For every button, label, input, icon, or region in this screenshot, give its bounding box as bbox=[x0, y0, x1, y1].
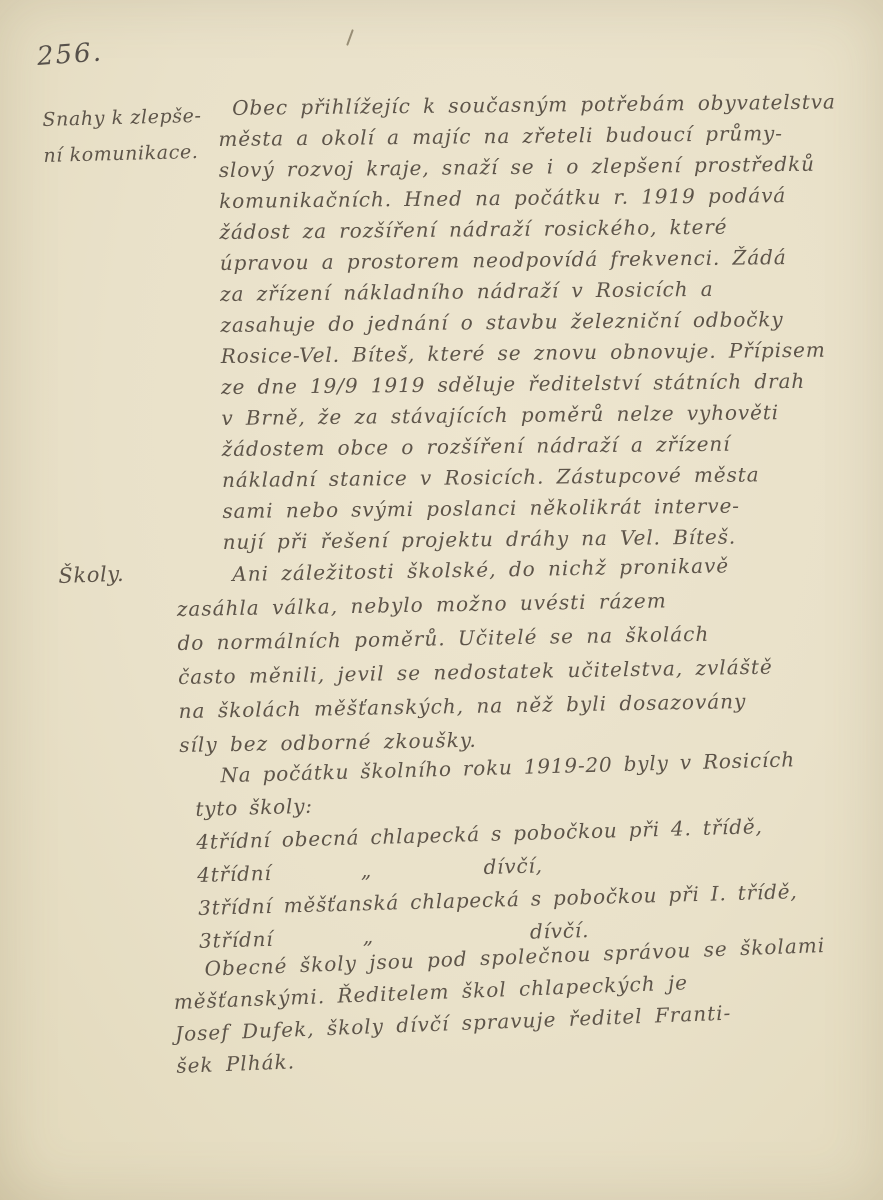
margin-note-schools: Školy. bbox=[58, 562, 125, 588]
paragraph-communication: Obec přihlížejíc k současným potřebám ob… bbox=[218, 87, 840, 558]
text-line: komunikačních. Hned na počátku r. 1919 p… bbox=[219, 180, 837, 217]
paragraph-schools-intro: Ani záležitosti školské, do nichž pronik… bbox=[176, 548, 774, 762]
page-number: 256. bbox=[36, 37, 104, 72]
manuscript-page: 256. Snahy k zlepše- ní komunikace. Škol… bbox=[0, 0, 883, 1200]
margin-note-line: Školy. bbox=[58, 562, 125, 588]
paragraph-school-list: Na počátku školního roku 1919-20 byly v … bbox=[194, 743, 800, 958]
ink-stray-mark bbox=[346, 29, 354, 46]
text-line: nákladní stanice v Rosicích. Zástupcové … bbox=[222, 459, 840, 496]
text-line: v Brně, že za stávajících poměrů nelze v… bbox=[221, 397, 839, 434]
margin-note-communication: Snahy k zlepše- ní komunikace. bbox=[42, 98, 203, 174]
margin-note-line: Snahy k zlepše- bbox=[42, 98, 202, 138]
paragraph-school-admin: Obecné školy jsou pod společnou správou … bbox=[172, 929, 829, 1082]
text-line: úpravou a prostorem neodpovídá frekvenci… bbox=[220, 242, 838, 279]
margin-note-line: ní komunikace. bbox=[43, 134, 203, 174]
